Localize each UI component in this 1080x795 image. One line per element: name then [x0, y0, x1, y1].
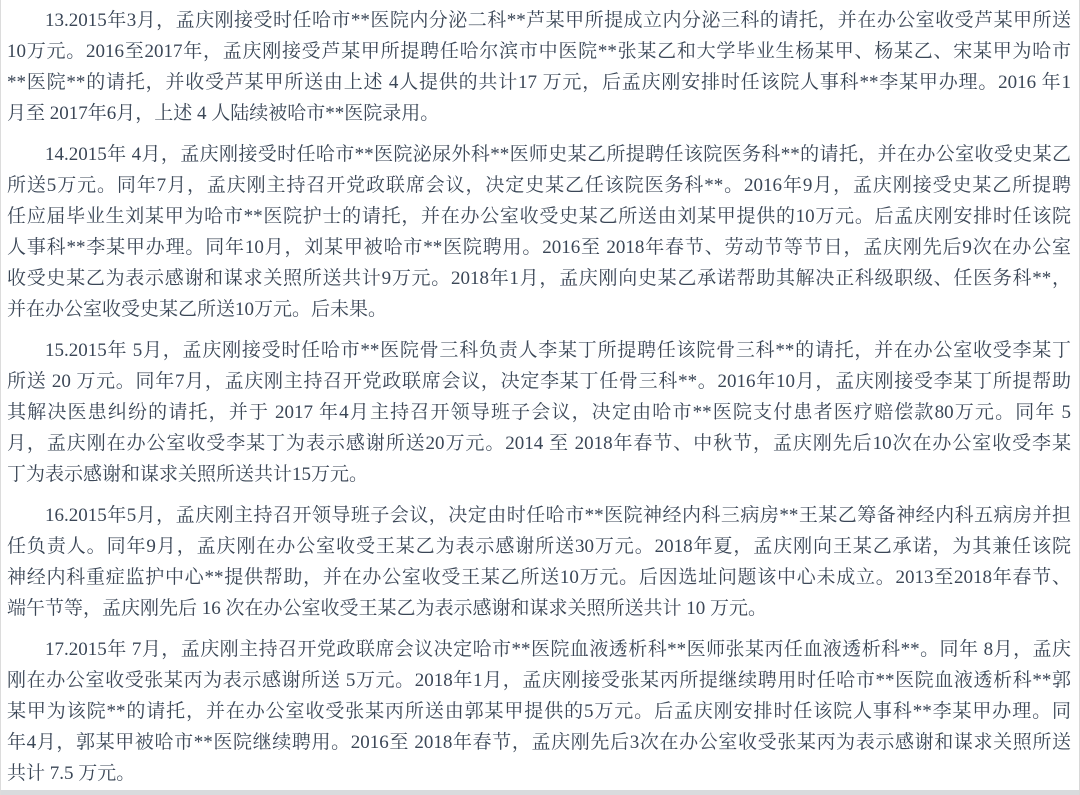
text-line: 13.2015年3月，孟庆刚接受时任哈市**医院内分泌二科**芦某甲所提成立内分… — [7, 5, 1071, 36]
text-line: 14.2015年 4月，孟庆刚接受时任哈市**医院泌尿外科**医师史某乙所提聘任… — [7, 139, 1071, 170]
text-line: 16.2015年5月，孟庆刚主持召开领导班子会议，决定由时任哈市**医院神经内科… — [7, 500, 1071, 531]
text-line: 所送 20 万元。同年7月，孟庆刚主持召开党政联席会议，决定李某丁任骨三科**。… — [7, 366, 1071, 397]
paragraph: 17.2015年 7月，孟庆刚主持召开党政联席会议决定哈市**医院血液透析科**… — [7, 634, 1071, 789]
paragraph: 16.2015年5月，孟庆刚主持召开领导班子会议，决定由时任哈市**医院神经内科… — [7, 500, 1071, 624]
text-line: 神经内科重症监护中心**提供帮助，并在办公室收受王某乙所送10万元。后因选址问题… — [7, 562, 1071, 593]
text-line: 端午节等，孟庆刚先后 16 次在办公室收受王某乙为表示感谢和谋求关照所送共计 1… — [7, 593, 1071, 624]
text-line: 共计 7.5 万元。 — [7, 758, 1071, 789]
paragraph: 13.2015年3月，孟庆刚接受时任哈市**医院内分泌二科**芦某甲所提成立内分… — [7, 5, 1071, 129]
document-page: 13.2015年3月，孟庆刚接受时任哈市**医院内分泌二科**芦某甲所提成立内分… — [0, 0, 1080, 795]
text-line: 年4月，郭某甲被哈市**医院继续聘用。2016至 2018年春节，孟庆刚先后3次… — [7, 727, 1071, 758]
text-line: 15.2015年 5月，孟庆刚接受时任哈市**医院骨三科负责人李某丁所提聘任该院… — [7, 335, 1071, 366]
text-line: 17.2015年 7月，孟庆刚主持召开党政联席会议决定哈市**医院血液透析科**… — [7, 634, 1071, 665]
text-line: 刚在办公室收受张某丙为表示感谢所送 5万元。2018年1月，孟庆刚接受张某丙所提… — [7, 665, 1071, 696]
text-line: 并在办公室收受史某乙所送10万元。后未果。 — [7, 294, 1071, 325]
text-line: 任负责人。同年9月，孟庆刚在办公室收受王某乙为表示感谢所送30万元。2018年夏… — [7, 531, 1071, 562]
text-line: 任应届毕业生刘某甲为哈市**医院护士的请托，并在办公室收受史某乙所送由刘某甲提供… — [7, 201, 1071, 232]
text-line: 月，孟庆刚在办公室收受李某丁为表示感谢所送20万元。2014 至 2018年春节… — [7, 428, 1071, 459]
text-line: 月至 2017年6月，上述 4 人陆续被哈市**医院录用。 — [7, 98, 1071, 129]
paragraph: 15.2015年 5月，孟庆刚接受时任哈市**医院骨三科负责人李某丁所提聘任该院… — [7, 335, 1071, 490]
text-line: 所送5万元。同年7月，孟庆刚主持召开党政联席会议，决定史某乙任该院医务科**。2… — [7, 170, 1071, 201]
text-line: 收受史某乙为表示感谢和谋求关照所送共计9万元。2018年1月，孟庆刚向史某乙承诺… — [7, 263, 1071, 294]
text-line: 10万元。2016至2017年，孟庆刚接受芦某甲所提聘任哈尔滨市中医院**张某乙… — [7, 36, 1071, 67]
text-line: 人事科**李某甲办理。同年10月，刘某甲被哈市**医院聘用。2016至 2018… — [7, 232, 1071, 263]
text-line: 某甲为该院**的请托，并在办公室收受张某丙所送由郭某甲提供的5万元。后孟庆刚安排… — [7, 696, 1071, 727]
page-bottom-bar — [1, 790, 1079, 795]
text-line: 其解决医患纠纷的请托，并于 2017 年4月主持召开领导班子会议，决定由哈市**… — [7, 397, 1071, 428]
text-line: 丁为表示感谢和谋求关照所送共计15万元。 — [7, 459, 1071, 490]
text-line: **医院**的请托，并收受芦某甲所送由上述 4人提供的共计17 万元，后孟庆刚安… — [7, 67, 1071, 98]
paragraph: 14.2015年 4月，孟庆刚接受时任哈市**医院泌尿外科**医师史某乙所提聘任… — [7, 139, 1071, 325]
document-body: 13.2015年3月，孟庆刚接受时任哈市**医院内分泌二科**芦某甲所提成立内分… — [7, 5, 1071, 795]
